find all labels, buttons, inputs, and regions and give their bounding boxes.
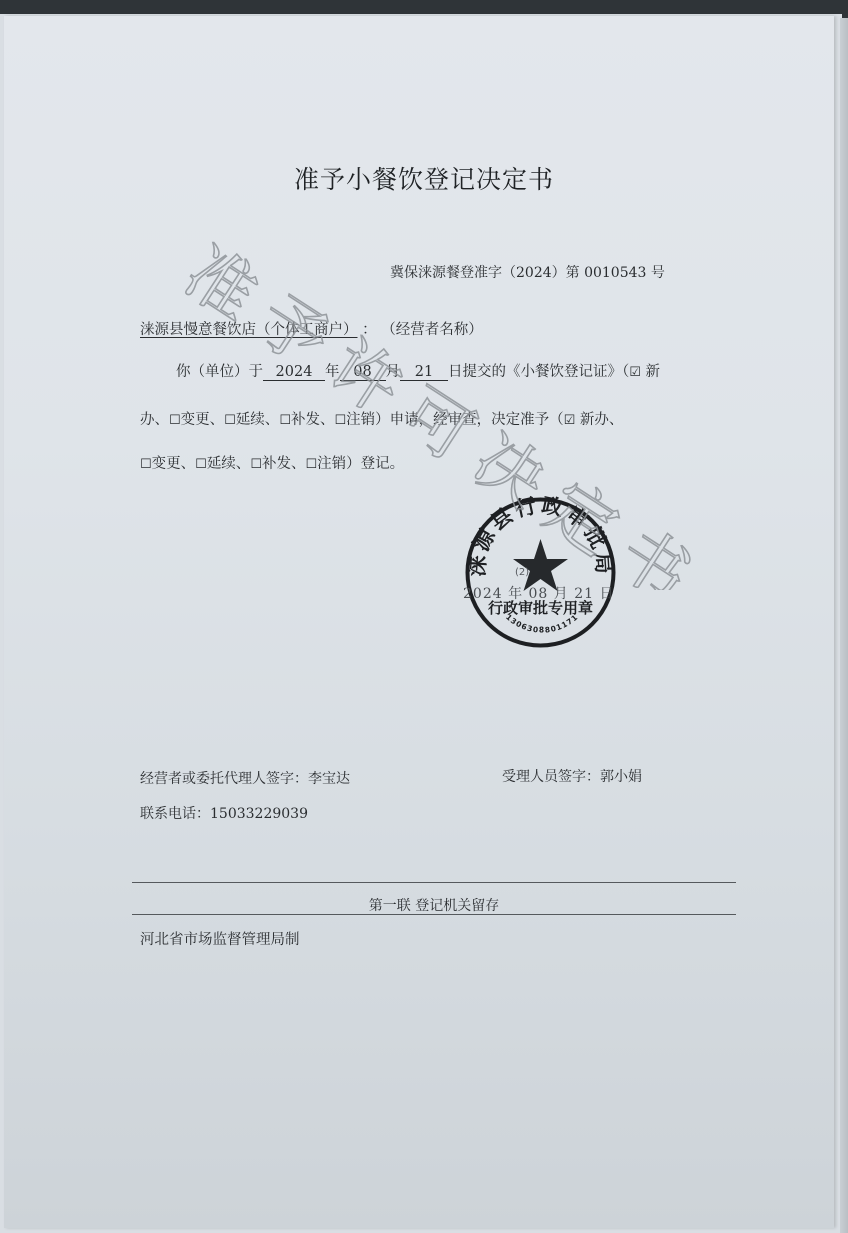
- phone-number: 15033229039: [210, 806, 308, 822]
- document-title: 准予小餐饮登记决定书: [0, 160, 848, 196]
- granted-change: 变更、: [152, 456, 196, 472]
- year-unit: 年: [325, 364, 340, 380]
- body-line-1: 你（单位）于2024年08月21日提交的《小餐饮登记证》（☑ 新: [176, 360, 660, 381]
- applicant-signature: 经营者或委托代理人签字：李宝达: [140, 768, 350, 788]
- addressee-separator: ：: [362, 322, 377, 338]
- handler-label: 受理人员签字：: [502, 769, 600, 785]
- submit-year: 2024: [263, 364, 325, 381]
- registration-text: ）登记。: [346, 456, 404, 472]
- granted-new: 新办、: [575, 412, 623, 428]
- intro-text: 你（单位）于: [176, 364, 263, 380]
- body-line-3: ☐变更、☐延续、☐补发、☐注销）登记。: [140, 452, 404, 473]
- divider-line: [132, 914, 736, 915]
- granted-cancel: 注销: [317, 456, 346, 472]
- granted-reissue: 补发、: [262, 456, 306, 472]
- business-name: 涞源县慢意餐饮店（个体工商户）: [140, 322, 358, 338]
- checkbox-unchecked-icon: ☐: [140, 457, 152, 472]
- option-reissue: 补发、: [291, 412, 335, 428]
- checkbox-unchecked-icon: ☐: [279, 413, 291, 428]
- svg-text:(2): (2): [515, 567, 529, 578]
- official-seal-icon: 涞源县行政审批局 (2) 行政审批专用章 1306308801171: [463, 495, 618, 650]
- addressee-label: （经营者名称）: [381, 322, 483, 338]
- addressee: 涞源县慢意餐饮店（个体工商户） ： （经营者名称）: [140, 318, 483, 339]
- stamp-date: 2024 年 08 月 21 日: [463, 583, 615, 603]
- checkbox-checked-icon: ☑: [564, 413, 576, 428]
- handler-name: 郭小娟: [600, 769, 642, 785]
- option-cancel: 注销: [346, 412, 375, 428]
- applicant-label: 经营者或委托代理人签字：: [140, 771, 308, 787]
- paper-edge: [840, 18, 848, 1233]
- day-unit: 日提交的《小餐饮登记证》（: [448, 364, 629, 380]
- submit-month: 08: [340, 364, 386, 381]
- checkbox-unchecked-icon: ☐: [334, 413, 346, 428]
- contact-phone: 联系电话：15033229039: [140, 803, 308, 823]
- decision-text: ）申请，经审查，决定准予（: [375, 412, 564, 428]
- granted-renew: 延续、: [207, 456, 251, 472]
- body-line-2: 办、☐变更、☐延续、☐补发、☐注销）申请，经审查，决定准予（☑ 新办、: [140, 408, 623, 429]
- checkbox-unchecked-icon: ☐: [305, 457, 317, 472]
- option-change: 变更、: [181, 412, 225, 428]
- checkbox-unchecked-icon: ☐: [250, 457, 262, 472]
- option-new: 新: [641, 364, 660, 380]
- document-number: 冀保涞源餐登准字（2024）第 0010543 号: [390, 262, 665, 282]
- phone-label: 联系电话：: [140, 806, 210, 822]
- issuer-label: 河北省市场监督管理局制: [140, 928, 300, 949]
- checkbox-unchecked-icon: ☐: [169, 413, 181, 428]
- applicant-name: 李宝达: [308, 771, 350, 787]
- option-renew: 延续、: [236, 412, 280, 428]
- divider-line: [132, 882, 736, 883]
- handler-signature: 受理人员签字：郭小娟: [502, 766, 642, 786]
- submit-day: 21: [400, 364, 448, 381]
- month-unit: 月: [386, 364, 401, 380]
- checkbox-unchecked-icon: ☐: [224, 413, 236, 428]
- checkbox-unchecked-icon: ☐: [195, 457, 207, 472]
- document-sheet: [4, 16, 834, 1228]
- option-new-cont: 办、: [140, 412, 169, 428]
- checkbox-checked-icon: ☑: [629, 365, 641, 380]
- copy-label: 第一联 登记机关留存: [0, 895, 848, 915]
